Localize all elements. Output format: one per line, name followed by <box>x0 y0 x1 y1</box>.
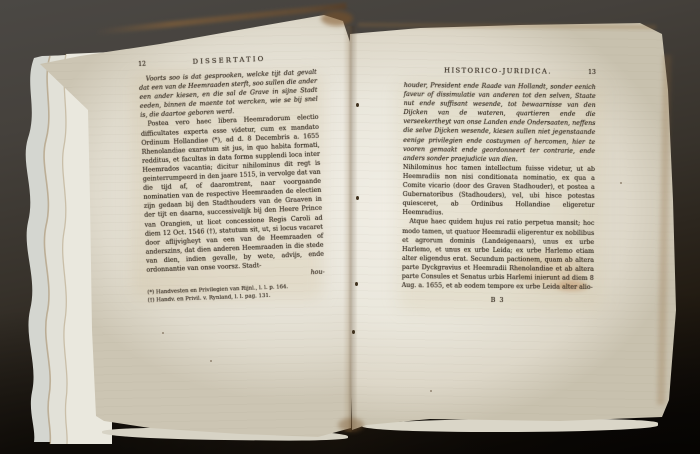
left-page-body: Voorts soo is dat gesprooken, welcke tij… <box>139 68 325 275</box>
body-paragraph: houder, President ende Raade van Holland… <box>403 81 596 165</box>
body-paragraph: Voorts soo is dat gesprooken, welcke tij… <box>139 68 319 121</box>
left-page-text: 12 DISSERTATIO 0 Voorts soo is dat gespr… <box>138 53 326 305</box>
body-paragraph: Atque haec quidem hujus rei ratio perpet… <box>402 217 595 292</box>
right-page-body: houder, President ende Raade van Holland… <box>402 81 596 292</box>
body-paragraph: Postea vero haec libera Heemradorum elec… <box>140 113 324 275</box>
right-page-text: 0 HISTORICO-JURIDICA. 13 houder, Preside… <box>402 66 596 305</box>
speck <box>162 332 164 334</box>
right-page-number: 13 <box>588 69 596 76</box>
right-running-head: 0 HISTORICO-JURIDICA. 13 <box>404 66 596 76</box>
gutter-fold <box>343 26 357 432</box>
speck <box>620 182 622 184</box>
stitch-hole <box>355 282 358 286</box>
body-paragraph: Nihilominus hoc tamen intellectum fuisse… <box>402 163 595 220</box>
speck <box>430 390 432 392</box>
right-running-title: HISTORICO-JURIDICA. <box>408 66 588 76</box>
stitch-hole <box>356 196 359 200</box>
speck <box>210 360 212 362</box>
stitch-hole <box>352 330 355 334</box>
stitch-hole <box>356 103 359 107</box>
book-photo: 12 DISSERTATIO 0 Voorts soo is dat gespr… <box>0 0 700 454</box>
